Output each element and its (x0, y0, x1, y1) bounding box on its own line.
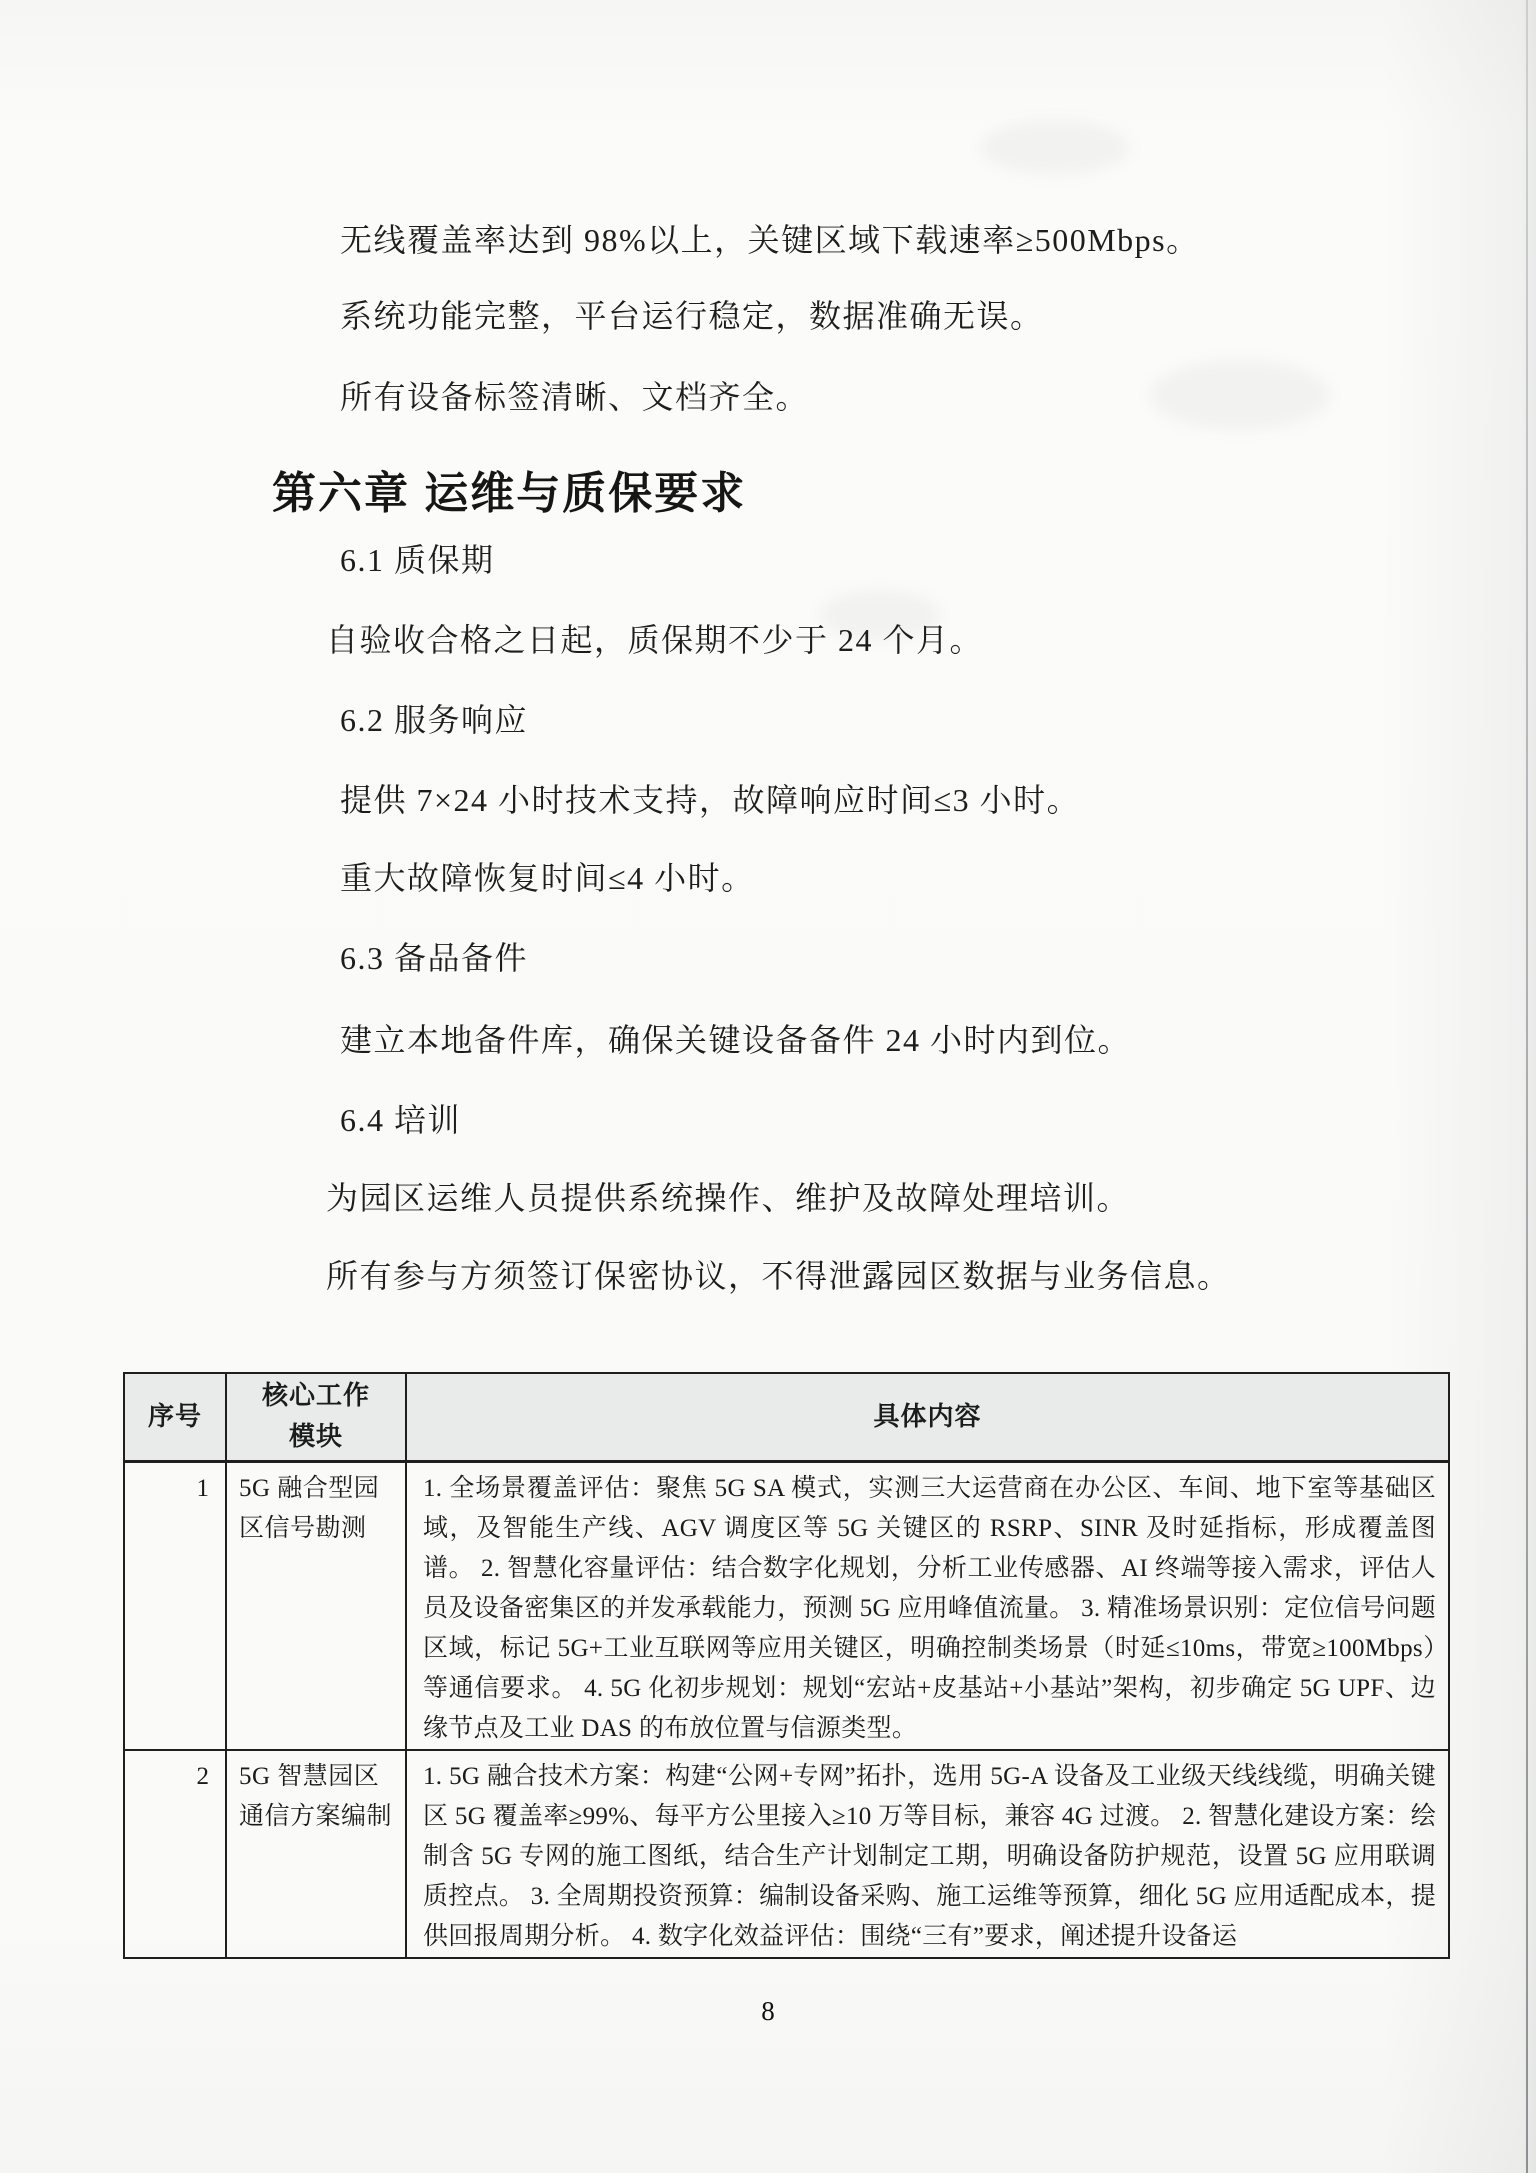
document-page: 无线覆盖率达到 98%以上，关键区域下载速率≥500Mbps。 系统功能完整，平… (0, 0, 1536, 2173)
row-content: 1. 5G 融合技术方案：构建“公网+专网”拓扑，选用 5G-A 设备及工业级天… (406, 1750, 1449, 1958)
paragraph-system-integrity: 系统功能完整，平台运行稳定，数据准确无误。 (340, 298, 1044, 335)
section-heading-6-2: 6.2 服务响应 (340, 702, 528, 739)
page-number: 8 (0, 1996, 1536, 2027)
table-row: 2 5G 智慧园区通信方案编制 1. 5G 融合技术方案：构建“公网+专网”拓扑… (124, 1750, 1449, 1958)
section-heading-6-3: 6.3 备品备件 (340, 940, 528, 977)
row-index: 1 (124, 1461, 226, 1750)
scan-artifact (1150, 360, 1330, 430)
row-module: 5G 智慧园区通信方案编制 (226, 1750, 406, 1958)
paragraph-spare-parts: 建立本地备件库，确保关键设备备件 24 小时内到位。 (340, 1022, 1131, 1059)
paragraph-coverage-requirement: 无线覆盖率达到 98%以上，关键区域下载速率≥500Mbps。 (340, 222, 1200, 259)
column-header-module: 核心工作模块 (226, 1373, 406, 1461)
section-heading-6-4: 6.4 培训 (340, 1102, 461, 1139)
paragraph-warranty-period: 自验收合格之日起，质保期不少于 24 个月。 (326, 622, 983, 659)
column-header-content: 具体内容 (406, 1373, 1449, 1461)
paragraph-confidentiality: 所有参与方须签订保密协议，不得泄露园区数据与业务信息。 (326, 1258, 1231, 1295)
paragraph-support-response: 提供 7×24 小时技术支持，故障响应时间≤3 小时。 (340, 782, 1080, 819)
table-header-row: 序号 核心工作模块 具体内容 (124, 1373, 1449, 1461)
column-header-index: 序号 (124, 1373, 226, 1461)
paragraph-labels-docs: 所有设备标签清晰、文档齐全。 (340, 379, 809, 416)
scan-artifact (980, 120, 1130, 175)
scan-edge-line (1526, 0, 1528, 2173)
paragraph-major-fault-recovery: 重大故障恢复时间≤4 小时。 (340, 860, 755, 897)
paragraph-training: 为园区运维人员提供系统操作、维护及故障处理培训。 (326, 1180, 1130, 1217)
work-modules-table: 序号 核心工作模块 具体内容 1 5G 融合型园区信号勘测 1. 全场景覆盖评估… (123, 1372, 1450, 1959)
chapter-title: 第六章 运维与质保要求 (272, 457, 746, 521)
table-row: 1 5G 融合型园区信号勘测 1. 全场景覆盖评估：聚焦 5G SA 模式，实测… (124, 1461, 1449, 1750)
row-index: 2 (124, 1750, 226, 1958)
row-module: 5G 融合型园区信号勘测 (226, 1461, 406, 1750)
section-heading-6-1: 6.1 质保期 (340, 542, 495, 579)
row-content: 1. 全场景覆盖评估：聚焦 5G SA 模式，实测三大运营商在办公区、车间、地下… (406, 1461, 1449, 1750)
